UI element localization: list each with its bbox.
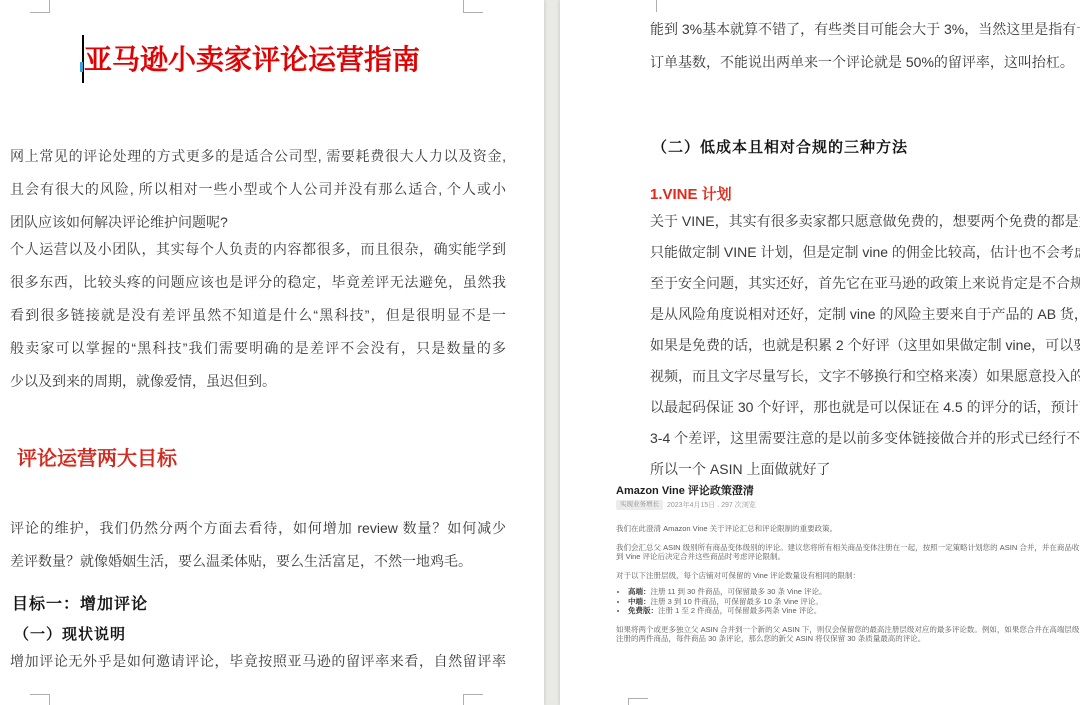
method-subheading: （二）低成本且相对合规的三种方法	[652, 136, 908, 157]
body-text-line: 般卖家可以掌握的“黑科技”我们需要明确的是差评不会没有，只是数量的多	[10, 332, 506, 365]
vine-notice-title: Amazon Vine 评论政策澄清	[616, 485, 1080, 497]
margin-mark	[463, 0, 464, 12]
status-subheading: （一）现状说明	[14, 623, 126, 644]
body-text-line: 只能做定制 VINE 计划，但是定制 vine 的佣金比较高，估计也不会考虑做，	[650, 237, 1080, 268]
body-text-line: 3-4 个差评，这里需要注意的是以前多变体链接做合并的形式已经行不通了，	[650, 423, 1080, 454]
body-text-line: 网上常见的评论处理的方式更多的是适合公司型, 需要耗费很大人力以及资金,	[10, 140, 506, 173]
paragraph-maintenance: 评论的维护，我们仍然分两个方面去看待，如何增加 review 数量？如何减少 差…	[10, 512, 506, 578]
margin-mark	[49, 0, 50, 12]
body-text-line: 至于安全问题，其实还好，首先它在亚马逊的政策上来说肯定是不合规的，但	[650, 268, 1080, 299]
vine-policy-screenshot[interactable]: Amazon Vine 评论政策澄清 实现业务增长 2023年4月15日 . 2…	[616, 485, 1080, 644]
margin-mark	[30, 12, 50, 13]
body-text-line: 是从风险角度说相对还好，定制 vine 的风险主要来自于产品的 AB 货，这里	[650, 299, 1080, 330]
body-text-line: 以最起码保证 30 个好评，那也就是可以保证在 4.5 的评分的话，预计可以来	[650, 392, 1080, 423]
body-text-line: 且会有很大的风险, 所以相对一些小型或个人公司并没有那么适合, 个人或小	[10, 173, 506, 206]
vine-notice-paragraph: 如果将两个或更多独立父 ASIN 合并到一个新的父 ASIN 下，则仅会保留您的…	[616, 625, 1080, 644]
document-page-left[interactable]: 亚马逊小卖家评论运营指南 网上常见的评论处理的方式更多的是适合公司型, 需要耗费…	[0, 0, 544, 705]
word-processor-canvas: { "app": { "background_color": "#e9e9e6"…	[0, 0, 1080, 705]
margin-mark	[463, 12, 483, 13]
body-text-line: 看到很多链接就是没有差评虽然不知道是什么“黑科技”，但是很明显不是一	[10, 299, 506, 332]
ime-caret-dot	[80, 62, 83, 72]
margin-mark	[628, 698, 629, 705]
margin-mark	[463, 694, 483, 695]
body-text-line: 评论的维护，我们仍然分两个方面去看待，如何增加 review 数量？如何减少	[10, 512, 506, 545]
paragraph-intro: 网上常见的评论处理的方式更多的是适合公司型, 需要耗费很大人力以及资金, 且会有…	[10, 140, 506, 239]
document-title: 亚马逊小卖家评论运营指南	[84, 38, 434, 78]
paragraph-small-team: 个人运营以及小团队，其实每个人负责的内容都很多，而且很杂，确实能学到 很多东西，…	[10, 233, 506, 398]
goal-one-heading: 目标一：增加评论	[12, 591, 148, 614]
margin-mark	[30, 694, 50, 695]
vine-notice-paragraph: 我们会汇总父 ASIN 级别所有商品变体级别的评论。建议您将所有相关商品变体注册…	[616, 543, 1080, 562]
body-text-line: 能到 3%基本就算不错了，有些类目可能会大于 3%，当然这里是指有一定的	[650, 13, 1080, 46]
growth-badge: 实现业务增长	[616, 500, 663, 510]
paragraph-vine-detail: 关于 VINE，其实有很多卖家都只愿意做免费的，想要两个免费的都是好评， 只能做…	[650, 206, 1080, 485]
body-text-line: 如果是免费的话，也就是积累 2 个好评（这里如果做定制 vine，可以要求带	[650, 330, 1080, 361]
margin-mark	[656, 0, 657, 12]
text-cursor	[82, 35, 84, 83]
post-date-views: 2023年4月15日 . 297 次浏览	[667, 500, 756, 510]
vine-plan-heading: 1.VINE 计划	[650, 183, 732, 204]
vine-tier-item: 中端：注册 3 到 10 件商品，可保留最多 10 条 Vine 评论。	[628, 597, 1080, 607]
vine-tier-item: 高端：注册 11 到 30 件商品，可保留最多 30 条 Vine 评论。	[628, 587, 1080, 597]
document-page-right[interactable]: 能到 3%基本就算不错了，有些类目可能会大于 3%，当然这里是指有一定的 订单基…	[560, 0, 1080, 705]
body-text-line: 个人运营以及小团队，其实每个人负责的内容都很多，而且很杂，确实能学到	[10, 233, 506, 266]
body-text-line: 所以一个 ASIN 上面做就好了	[650, 454, 1080, 485]
section-heading-two-goals: 评论运营两大目标	[17, 442, 177, 471]
paragraph-review-rate: 能到 3%基本就算不错了，有些类目可能会大于 3%，当然这里是指有一定的 订单基…	[650, 13, 1080, 79]
body-text-line: 很多东西，比较头疼的问题应该也是评分的稳定，毕竟差评无法避免，虽然我	[10, 266, 506, 299]
vine-notice-paragraph: 对于以下注册层级，每个店铺对可保留的 Vine 评论数量设有相同的限制：	[616, 571, 1080, 581]
vine-tier-list: 高端：注册 11 到 30 件商品，可保留最多 30 条 Vine 评论。 中端…	[616, 587, 1080, 616]
body-text-line: 订单基数，不能说出两单来一个评论就是 50%的留评率，这叫抬杠。	[650, 46, 1080, 79]
body-text-line: 视频，而且文字尽量写长，文字不够换行和空格来凑）如果愿意投入的话，可	[650, 361, 1080, 392]
margin-mark	[49, 694, 50, 705]
vine-notice-paragraph: 我们在此澄清 Amazon Vine 关于评论汇总和评论限制的重要政策。	[616, 524, 1080, 534]
margin-mark	[463, 694, 464, 705]
body-text-line: 关于 VINE，其实有很多卖家都只愿意做免费的，想要两个免费的都是好评，	[650, 206, 1080, 237]
body-text-line: 少以及到来的周期，就像爱情，虽迟但到。	[10, 365, 506, 398]
margin-mark	[628, 698, 648, 699]
vine-notice-meta: 实现业务增长 2023年4月15日 . 297 次浏览	[616, 500, 1080, 510]
paragraph-increase-reviews: 增加评论无外乎是如何邀请评论，毕竟按照亚马逊的留评率来看，自然留评率	[10, 645, 506, 678]
vine-tier-item: 免费版：注册 1 至 2 件商品，可保留最多两条 Vine 评论。	[628, 606, 1080, 616]
body-text-line: 差评数量？就像婚姻生活，要么温柔体贴，要么生活富足，不然一地鸡毛。	[10, 545, 506, 578]
body-text-line: 增加评论无外乎是如何邀请评论，毕竟按照亚马逊的留评率来看，自然留评率	[10, 645, 506, 678]
